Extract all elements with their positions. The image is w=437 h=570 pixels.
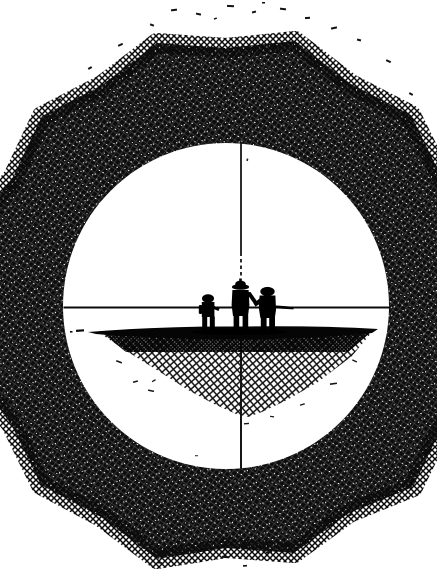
scope-view-illustration (0, 0, 437, 570)
illustration-page (0, 0, 437, 570)
soldier-left-helmet-icon (202, 294, 214, 302)
soldier-middle-helmet-brim-icon (232, 284, 249, 290)
soldier-left-backpack (199, 305, 202, 314)
soldier-right-helmet-icon (260, 287, 274, 296)
